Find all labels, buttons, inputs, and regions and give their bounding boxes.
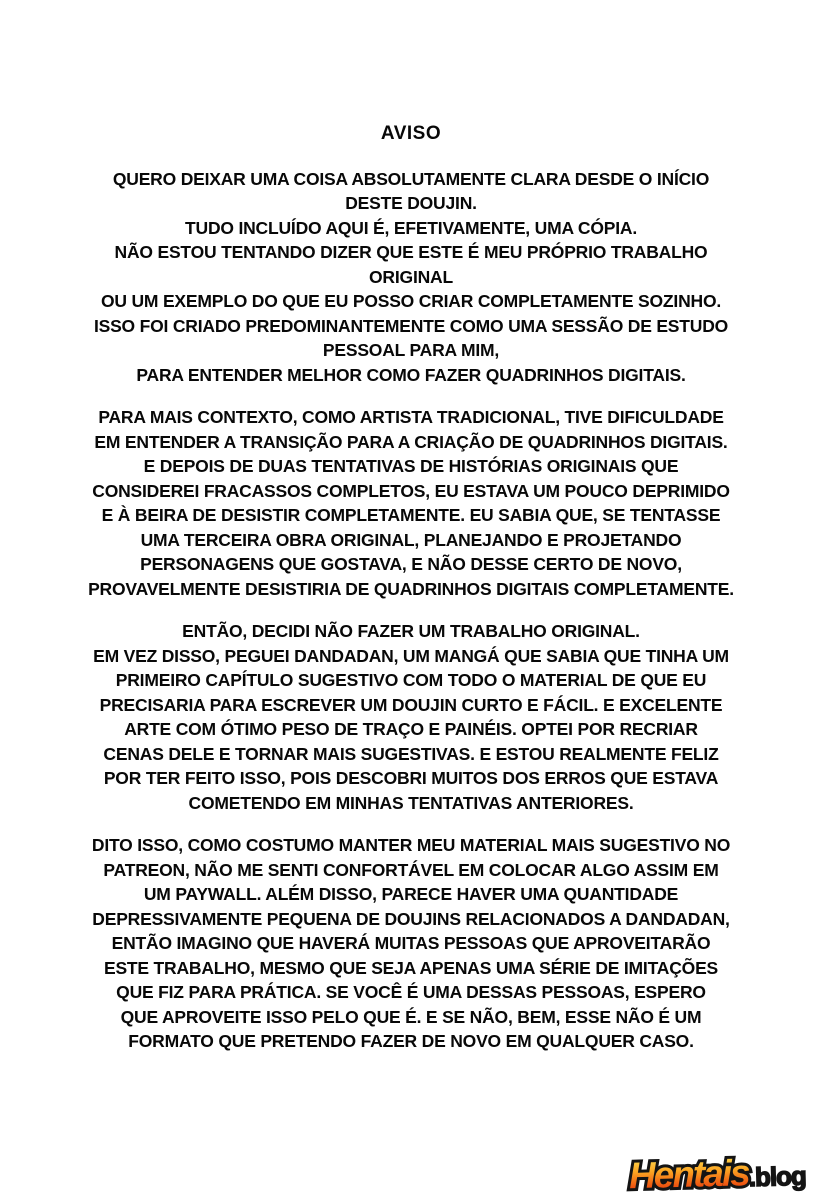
logo-suffix-text: .blog: [749, 1163, 807, 1191]
doujin-notice-page: AVISO QUERO DEIXAR UMA COISA ABSOLUTAMEN…: [0, 0, 822, 1200]
logo-brand-fill: Hentais: [629, 1152, 750, 1196]
notice-paragraph-decision: ENTÃO, DECIDI NÃO FAZER UM TRABALHO ORIG…: [36, 619, 786, 815]
logo-brand-text: HentaisHentais: [629, 1154, 750, 1194]
hentais-blog-logo: HentaisHentais .blog: [623, 1151, 813, 1199]
page-title: AVISO: [36, 122, 786, 147]
notice-paragraph-context: PARA MAIS CONTEXTO, COMO ARTISTA TRADICI…: [36, 405, 786, 601]
notice-paragraph-closing: DITO ISSO, COMO COSTUMO MANTER MEU MATER…: [36, 833, 786, 1054]
notice-paragraph-intro: QUERO DEIXAR UMA COISA ABSOLUTAMENTE CLA…: [36, 167, 786, 388]
